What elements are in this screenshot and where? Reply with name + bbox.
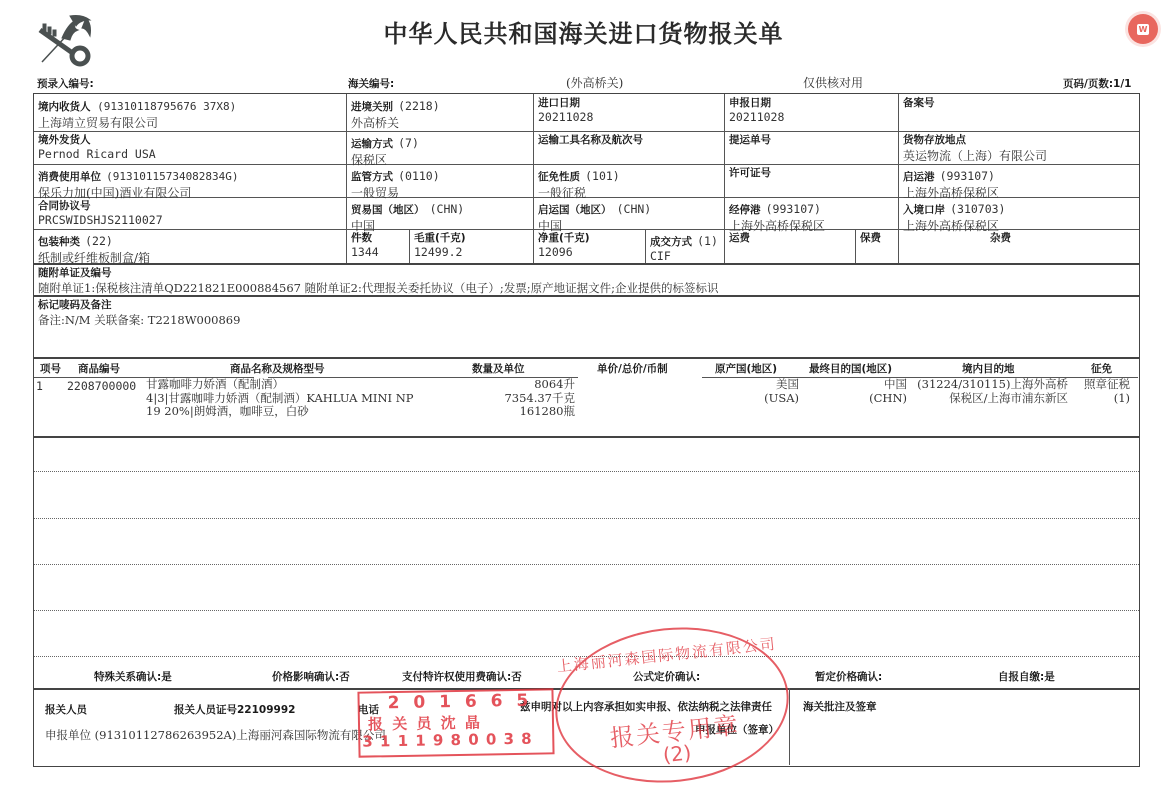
- transit-port-field: 经停港 (993107) 上海外高桥保税区: [729, 198, 825, 234]
- table-row: 1 2208700000 甘露咖啡力娇酒（配制酒） 4|3|甘露咖啡力娇酒（配制…: [34, 378, 1138, 434]
- license-no-field: 许可证号: [729, 165, 771, 180]
- verification-note: 仅供核对用: [803, 74, 863, 91]
- goods-name: 甘露咖啡力娇酒（配制酒） 4|3|甘露咖啡力娇酒（配制酒）KAHLUA MINI…: [146, 378, 414, 419]
- page-indicator: 页码/页数:1/1: [1063, 76, 1131, 91]
- attached-docs-field: 随附单证及编号 随附单证1:保税核注清单QD221821E000884567 随…: [38, 265, 718, 296]
- declare-date-value: 20211028: [729, 110, 784, 124]
- gross-weight-field: 毛重(千克) 12499.2: [414, 230, 466, 259]
- deal-mode-field: 成交方式 (1) CIF: [650, 230, 718, 263]
- import-date-value: 20211028: [538, 110, 593, 124]
- transport-mode-field: 运输方式 (7) 保税区: [351, 132, 419, 168]
- pre-entry-no-label: 预录入编号:: [37, 76, 94, 91]
- origin-country-field: 启运国（地区） (CHN) 中国: [538, 198, 651, 234]
- col-item-no: 项号: [40, 361, 61, 376]
- entry-port-field: 入境口岸 (310703) 上海外高桥保税区: [903, 198, 1005, 234]
- document-title: 中华人民共和国海关进口货物报关单: [0, 14, 1167, 49]
- col-levy: 征免: [1091, 361, 1112, 376]
- col-domestic-dest: 境内目的地: [962, 361, 1015, 376]
- special-relation-confirm: 特殊关系确认:是: [94, 665, 172, 684]
- import-date-field: 进口日期 20211028: [538, 95, 593, 124]
- col-hs-code: 商品编号: [78, 361, 120, 376]
- col-goods-name: 商品名称及规格型号: [230, 361, 325, 376]
- consumer-field: 消费使用单位 (91310115734082834G) 保乐力加(中国)酒业有限…: [38, 165, 239, 201]
- package-type-field: 包装种类 (22) 纸制或纤维板制盒/箱: [38, 230, 150, 266]
- declarant-label: 报关人员: [45, 702, 87, 717]
- shipper-value: Pernod Ricard USA: [38, 147, 156, 161]
- levy-nature-field: 征免性质 (101) 一般征税: [538, 165, 620, 201]
- customs-approval-label: 海关批注及签章: [803, 699, 877, 714]
- goods-levy: 照章征税 (1): [1084, 378, 1130, 405]
- consignee-field: 境内收货人 (91310118795676 37X8) 上海靖立贸易有限公司: [38, 95, 236, 131]
- consignee-label: 境内收货人: [38, 101, 91, 113]
- declare-date-field: 申报日期 20211028: [729, 95, 784, 124]
- vessel-field: 运输工具名称及航次号: [538, 132, 643, 147]
- provisional-pricing-confirm: 暂定价格确认:: [815, 665, 882, 684]
- record-no-field: 备案号: [903, 95, 935, 110]
- convert-to-word-icon: W: [1137, 24, 1149, 35]
- declarant-cert: 报关人员证号22109992: [174, 702, 295, 717]
- consignee-value: 上海靖立贸易有限公司: [38, 114, 236, 131]
- net-weight-field: 净重(千克) 12096: [538, 230, 590, 259]
- self-report-confirm: 自报自缴:是: [998, 665, 1055, 684]
- declare-unit: 申报单位 (91310112786263952A)上海丽河森国际物流有限公司: [45, 724, 386, 743]
- freight-field: 运费: [729, 230, 750, 245]
- declarant-stamp: 2 0 1 6 6 5 报 关 员 沈 晶 3 1 1 1 9 8 0 0 3 …: [357, 688, 554, 757]
- col-quantity: 数量及单位: [472, 361, 525, 376]
- bill-of-lading-field: 提运单号: [729, 132, 771, 147]
- pieces-field: 件数 1344: [351, 230, 379, 259]
- misc-fee-field: 杂费: [990, 230, 1011, 245]
- price-influence-confirm: 价格影响确认:否: [272, 665, 350, 684]
- goods-dest-country: 中国 (CHN): [869, 378, 907, 405]
- departure-port-field: 启运港 (993107) 上海外高桥保税区: [903, 165, 999, 201]
- col-origin: 原产国(地区): [715, 361, 777, 376]
- customs-no-label: 海关编号:: [348, 76, 394, 91]
- marks-field: 标记唛码及备注 备注:N/M 关联备案: T2218W000869: [38, 297, 240, 328]
- storage-place-field: 货物存放地点 英运物流（上海）有限公司: [903, 132, 1047, 164]
- customs-office: (外高桥关): [566, 74, 623, 91]
- contract-no-field: 合同协议号 PRCSWIDSHJS2110027: [38, 198, 163, 227]
- goods-quantity: 8064升 7354.37千克 161280瓶: [504, 378, 575, 419]
- col-dest-country: 最终目的国(地区): [809, 361, 892, 376]
- entry-customs-field: 进境关别 (2218) 外高桥关: [351, 95, 440, 131]
- goods-origin: 美国 (USA): [764, 378, 799, 405]
- col-price: 单价/总价/币制: [597, 361, 668, 376]
- insurance-field: 保费: [860, 230, 881, 245]
- shipper-field: 境外发货人 Pernod Ricard USA: [38, 132, 156, 161]
- royalty-confirm: 支付特许权使用费确认:否: [402, 665, 522, 684]
- supervision-field: 监管方式 (0110) 一般贸易: [351, 165, 440, 201]
- entry-customs-value: 外高桥关: [351, 114, 440, 131]
- trade-country-field: 贸易国（地区） (CHN) 中国: [351, 198, 464, 234]
- convert-to-word-button[interactable]: W: [1128, 14, 1158, 44]
- goods-domestic-dest: (31224/310115)上海外高桥 保税区/上海市浦东新区: [917, 378, 1068, 405]
